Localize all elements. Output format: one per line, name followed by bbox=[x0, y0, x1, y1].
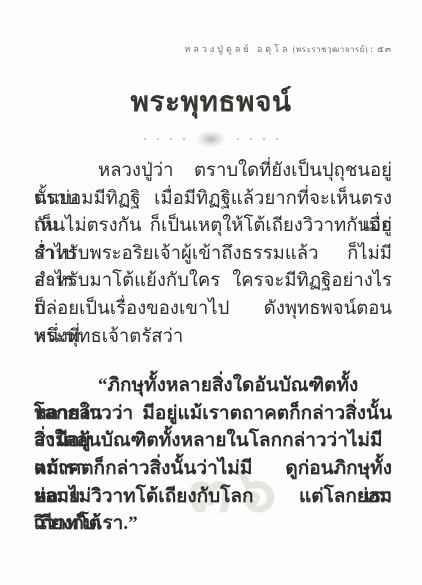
page-header: หลวงปู่ดูลย์ อตุโล (พระราชวุฒาจารย์) : ๕… bbox=[184, 42, 392, 56]
book-page: หลวงปู่ดูลย์ อตุโล (พระราชวุฒาจารย์) : ๕… bbox=[0, 0, 422, 585]
author-name: หลวงปู่ดูลย์ อตุโล bbox=[184, 44, 290, 54]
divider-dot bbox=[170, 138, 172, 140]
quote-line: ย่อมไม่วิวาทโต้เถียงกับโลก แต่โลกย่อมวิว… bbox=[34, 483, 392, 511]
quote-line: สิ่งใดอันบัณฑิตทั้งหลายในโลกกล่าวว่าไม่ม… bbox=[34, 427, 392, 455]
divider-dot bbox=[250, 138, 252, 140]
body-paragraph: หลวงปู่ว่า ตราบใดที่ยังเป็นปุถุชนอยู่ ตร… bbox=[34, 158, 392, 351]
page-content: หลวงปู่ว่า ตราบใดที่ยังเป็นปุถุชนอยู่ ตร… bbox=[34, 158, 392, 538]
divider-dot bbox=[157, 138, 159, 140]
text-line: สำหรับพระอริยเจ้าผู้เข้าถึงธรรมแล้ว ก็ไม… bbox=[34, 241, 392, 269]
quote-line: “ภิกษุทั้งหลายสิ่งใดอันบัณฑิตทั้งหลายใน bbox=[34, 372, 392, 400]
divider-dot bbox=[263, 138, 265, 140]
text-line: พระพุทธเจ้าตรัสว่า bbox=[34, 324, 392, 352]
divider-dot bbox=[144, 138, 146, 140]
divider-dot bbox=[183, 138, 185, 140]
divider-dot bbox=[276, 138, 278, 140]
title-divider-ornament bbox=[0, 130, 422, 148]
text-line: หลวงปู่ว่า ตราบใดที่ยังเป็นปุถุชนอยู่ ตร… bbox=[34, 158, 392, 186]
page-number: : ๕๓ bbox=[370, 44, 392, 54]
quote-line: ตถาคตก็กล่าวสิ่งนั้นว่าไม่มี ดูก่อนภิกษุ… bbox=[34, 455, 392, 483]
quote-line: โลกกล่าวว่า มีอยู่แม้เราตถาคตก็กล่าวสิ่ง… bbox=[34, 400, 392, 428]
author-title: (พระราชวุฒาจารย์) bbox=[293, 45, 368, 54]
text-line: สำหรับมาโต้แย้งกับใคร ใครจะมีทิฏฐิอย่างไ… bbox=[34, 268, 392, 296]
text-line: นั้นย่อมมีทิฏฐิ เมื่อมีทิฏฐิแล้วยากที่จะ… bbox=[34, 186, 392, 214]
page-title: พระพุทธพจน์ bbox=[0, 80, 422, 124]
quote-line: เถียงกับเรา.” bbox=[34, 510, 392, 538]
text-line: เห็นไม่ตรงกัน ก็เป็นเหตุให้โต้เถียงวิวาท… bbox=[34, 213, 392, 241]
divider-dot bbox=[237, 138, 239, 140]
divider-ink-blot bbox=[196, 130, 226, 148]
text-line: ปล่อยเป็นเรื่องของเขาไป ดังพุทธพจน์ตอนหน… bbox=[34, 296, 392, 324]
buddha-quote-paragraph: “ภิกษุทั้งหลายสิ่งใดอันบัณฑิตทั้งหลายใน … bbox=[34, 372, 392, 538]
